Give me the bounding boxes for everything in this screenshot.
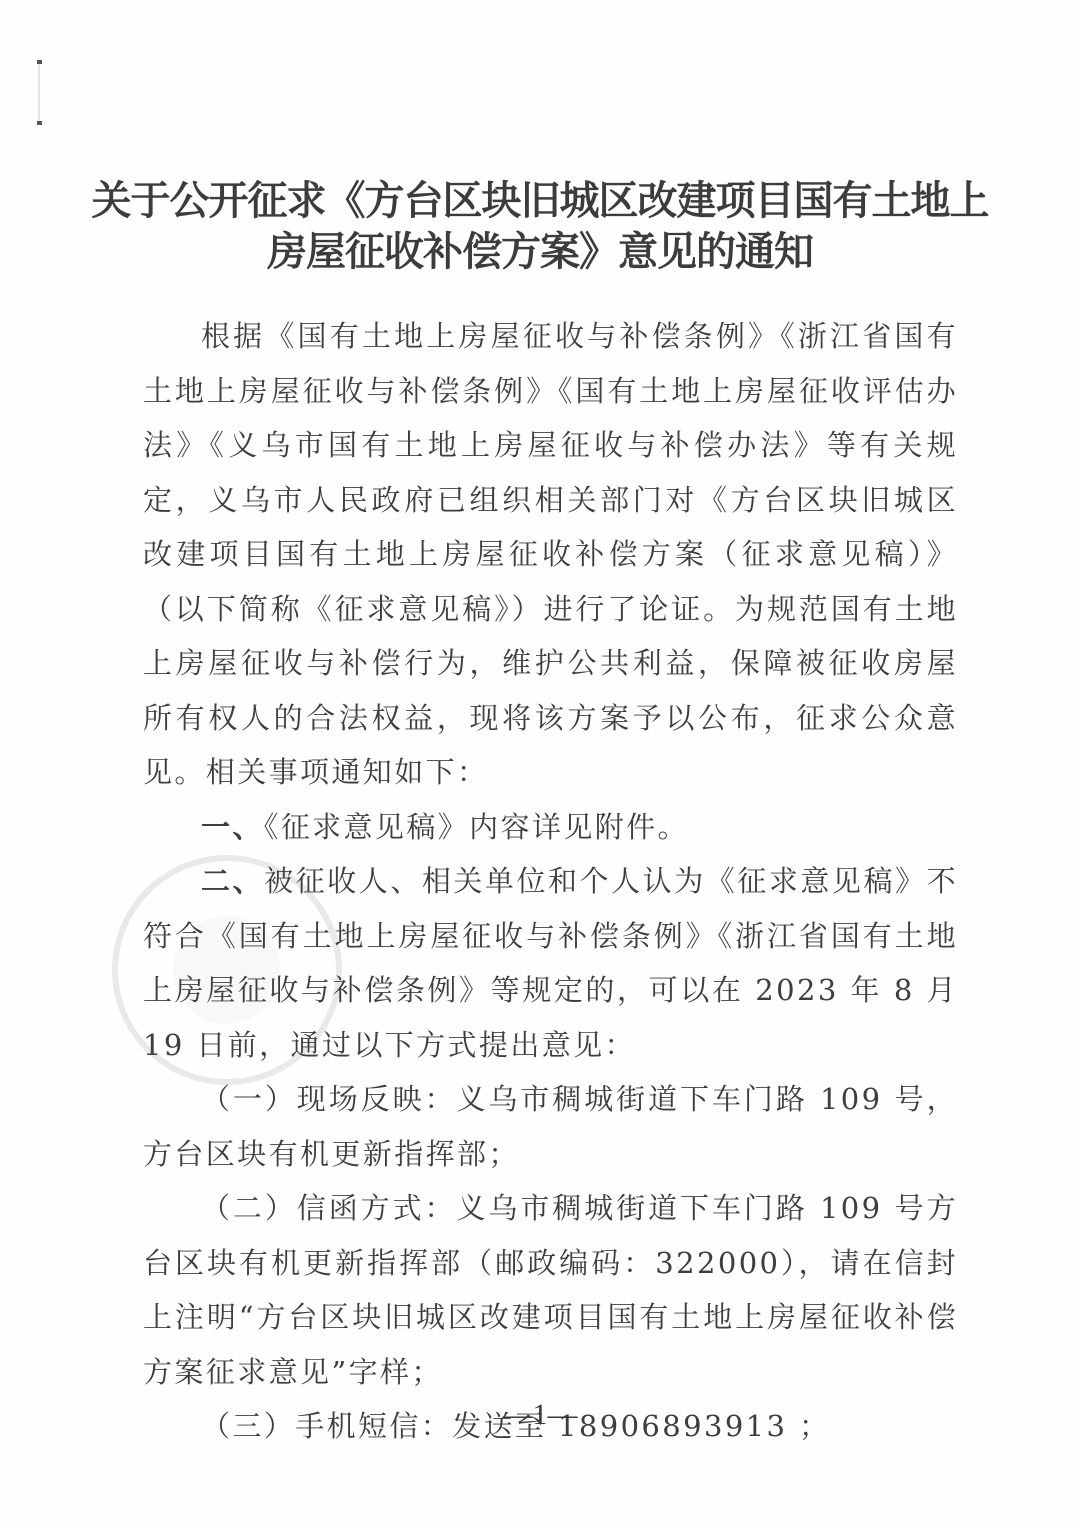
paragraph-item-2: 二、被征收人、相关单位和个人认为《征求意见稿》不符合《国有土地上房屋征收与补偿条…: [143, 854, 958, 1072]
paragraph-text: 《征求意见稿》内容详见附件。: [264, 810, 689, 844]
paragraph-method-onsite: （一）现场反映：义乌市稠城街道下车门路 109 号，方台区块有机更新指挥部；: [143, 1072, 958, 1181]
binding-mark: [38, 60, 43, 125]
paragraph-text: （二）信函方式：义乌市稠城街道下车门路 109 号方台区块有机更新指挥部（邮政编…: [143, 1191, 958, 1389]
title-line-1: 关于公开征求《方台区块旧城区改建项目国有土地上: [0, 175, 1080, 226]
paragraph-method-letter: （二）信函方式：义乌市稠城街道下车门路 109 号方台区块有机更新指挥部（邮政编…: [143, 1181, 958, 1399]
page-number: —1—: [0, 1398, 1080, 1432]
document-page: 关于公开征求《方台区块旧城区改建项目国有土地上 房屋征收补偿方案》意见的通知 根…: [0, 0, 1080, 1527]
paragraph-text: 根据《国有土地上房屋征收与补偿条例》《浙江省国有土地上房屋征收与补偿条例》《国有…: [143, 319, 958, 789]
document-title: 关于公开征求《方台区块旧城区改建项目国有土地上 房屋征收补偿方案》意见的通知: [0, 175, 1080, 277]
item-number: 一、: [201, 810, 264, 844]
paragraph-text: 被征收人、相关单位和个人认为《征求意见稿》不符合《国有土地上房屋征收与补偿条例》…: [143, 864, 958, 1062]
item-number: 二、: [201, 864, 264, 898]
paragraph-intro: 根据《国有土地上房屋征收与补偿条例》《浙江省国有土地上房屋征收与补偿条例》《国有…: [143, 309, 958, 800]
document-body: 根据《国有土地上房屋征收与补偿条例》《浙江省国有土地上房屋征收与补偿条例》《国有…: [143, 309, 958, 1454]
title-line-2: 房屋征收补偿方案》意见的通知: [0, 226, 1080, 277]
paragraph-item-1: 一、《征求意见稿》内容详见附件。: [143, 800, 958, 855]
paragraph-text: （一）现场反映：义乌市稠城街道下车门路 109 号，方台区块有机更新指挥部；: [143, 1082, 958, 1171]
